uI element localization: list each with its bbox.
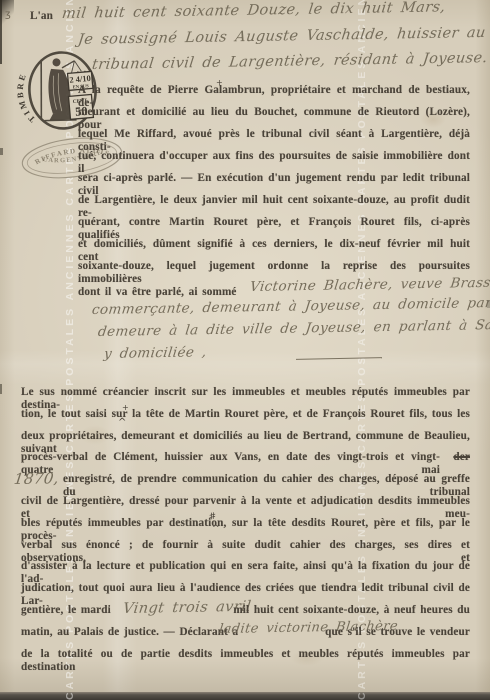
- scan-edge-mark: [0, 384, 2, 394]
- scanned-legal-document: { "watermark": { "text": "CARTES POSTALE…: [0, 0, 490, 700]
- printed-handwritten-line: 1870, enregistré, de prendre communicati…: [21, 473, 470, 488]
- printed-segment: mil huit cent soixante-douze, à neuf heu…: [233, 604, 470, 617]
- printed-handwritten-line: matin, au Palais de justice. — Déclarant…: [21, 626, 470, 641]
- justice-head: [52, 58, 61, 67]
- printed-segment: matin, au Palais de justice. — Déclarant…: [21, 626, 238, 639]
- cross-annotation-mark: +: [122, 404, 129, 412]
- printed-segment: gentière, le mardi: [21, 604, 111, 617]
- corner-mark: ʒ: [5, 10, 11, 20]
- handwritten-line: y domiciliée ,: [103, 344, 208, 362]
- printed-handwritten-line: dont il va être parlé, ai sommé Victorin…: [78, 282, 478, 297]
- caret-annotation-mark: ^: [118, 418, 126, 428]
- cross-annotation-mark: +: [216, 79, 223, 87]
- struck-word: der: [453, 451, 470, 464]
- svg-text:TIMBRE: TIMBRE: [15, 71, 37, 125]
- printed-segment: que s'il se trouve le vendeur: [325, 626, 470, 639]
- hash-annotation-mark: #: [208, 512, 217, 522]
- printed-handwritten-line: gentière, le mardi Vingt trois avril mil…: [21, 604, 470, 619]
- scan-edge-mark: [0, 0, 2, 64]
- printed-word-lan: L'an: [30, 10, 53, 23]
- printed-line: tion, le tout saisi sur la tête de Marti…: [21, 408, 470, 421]
- printed-line: de la totalité ou de partie desdits imme…: [21, 648, 470, 674]
- printed-line-with-strike: procès-verbal de Clément, huissier aux V…: [21, 451, 470, 466]
- printed-segment: dont il va être parlé, ai sommé: [78, 286, 237, 298]
- scan-edge-mark: [0, 148, 3, 155]
- handwritten-year: 1870,: [13, 469, 60, 488]
- justice-staff: [36, 60, 46, 119]
- caret-annotation-mark: ^: [212, 525, 220, 534]
- timbre-label: TIMBRE: [15, 71, 37, 125]
